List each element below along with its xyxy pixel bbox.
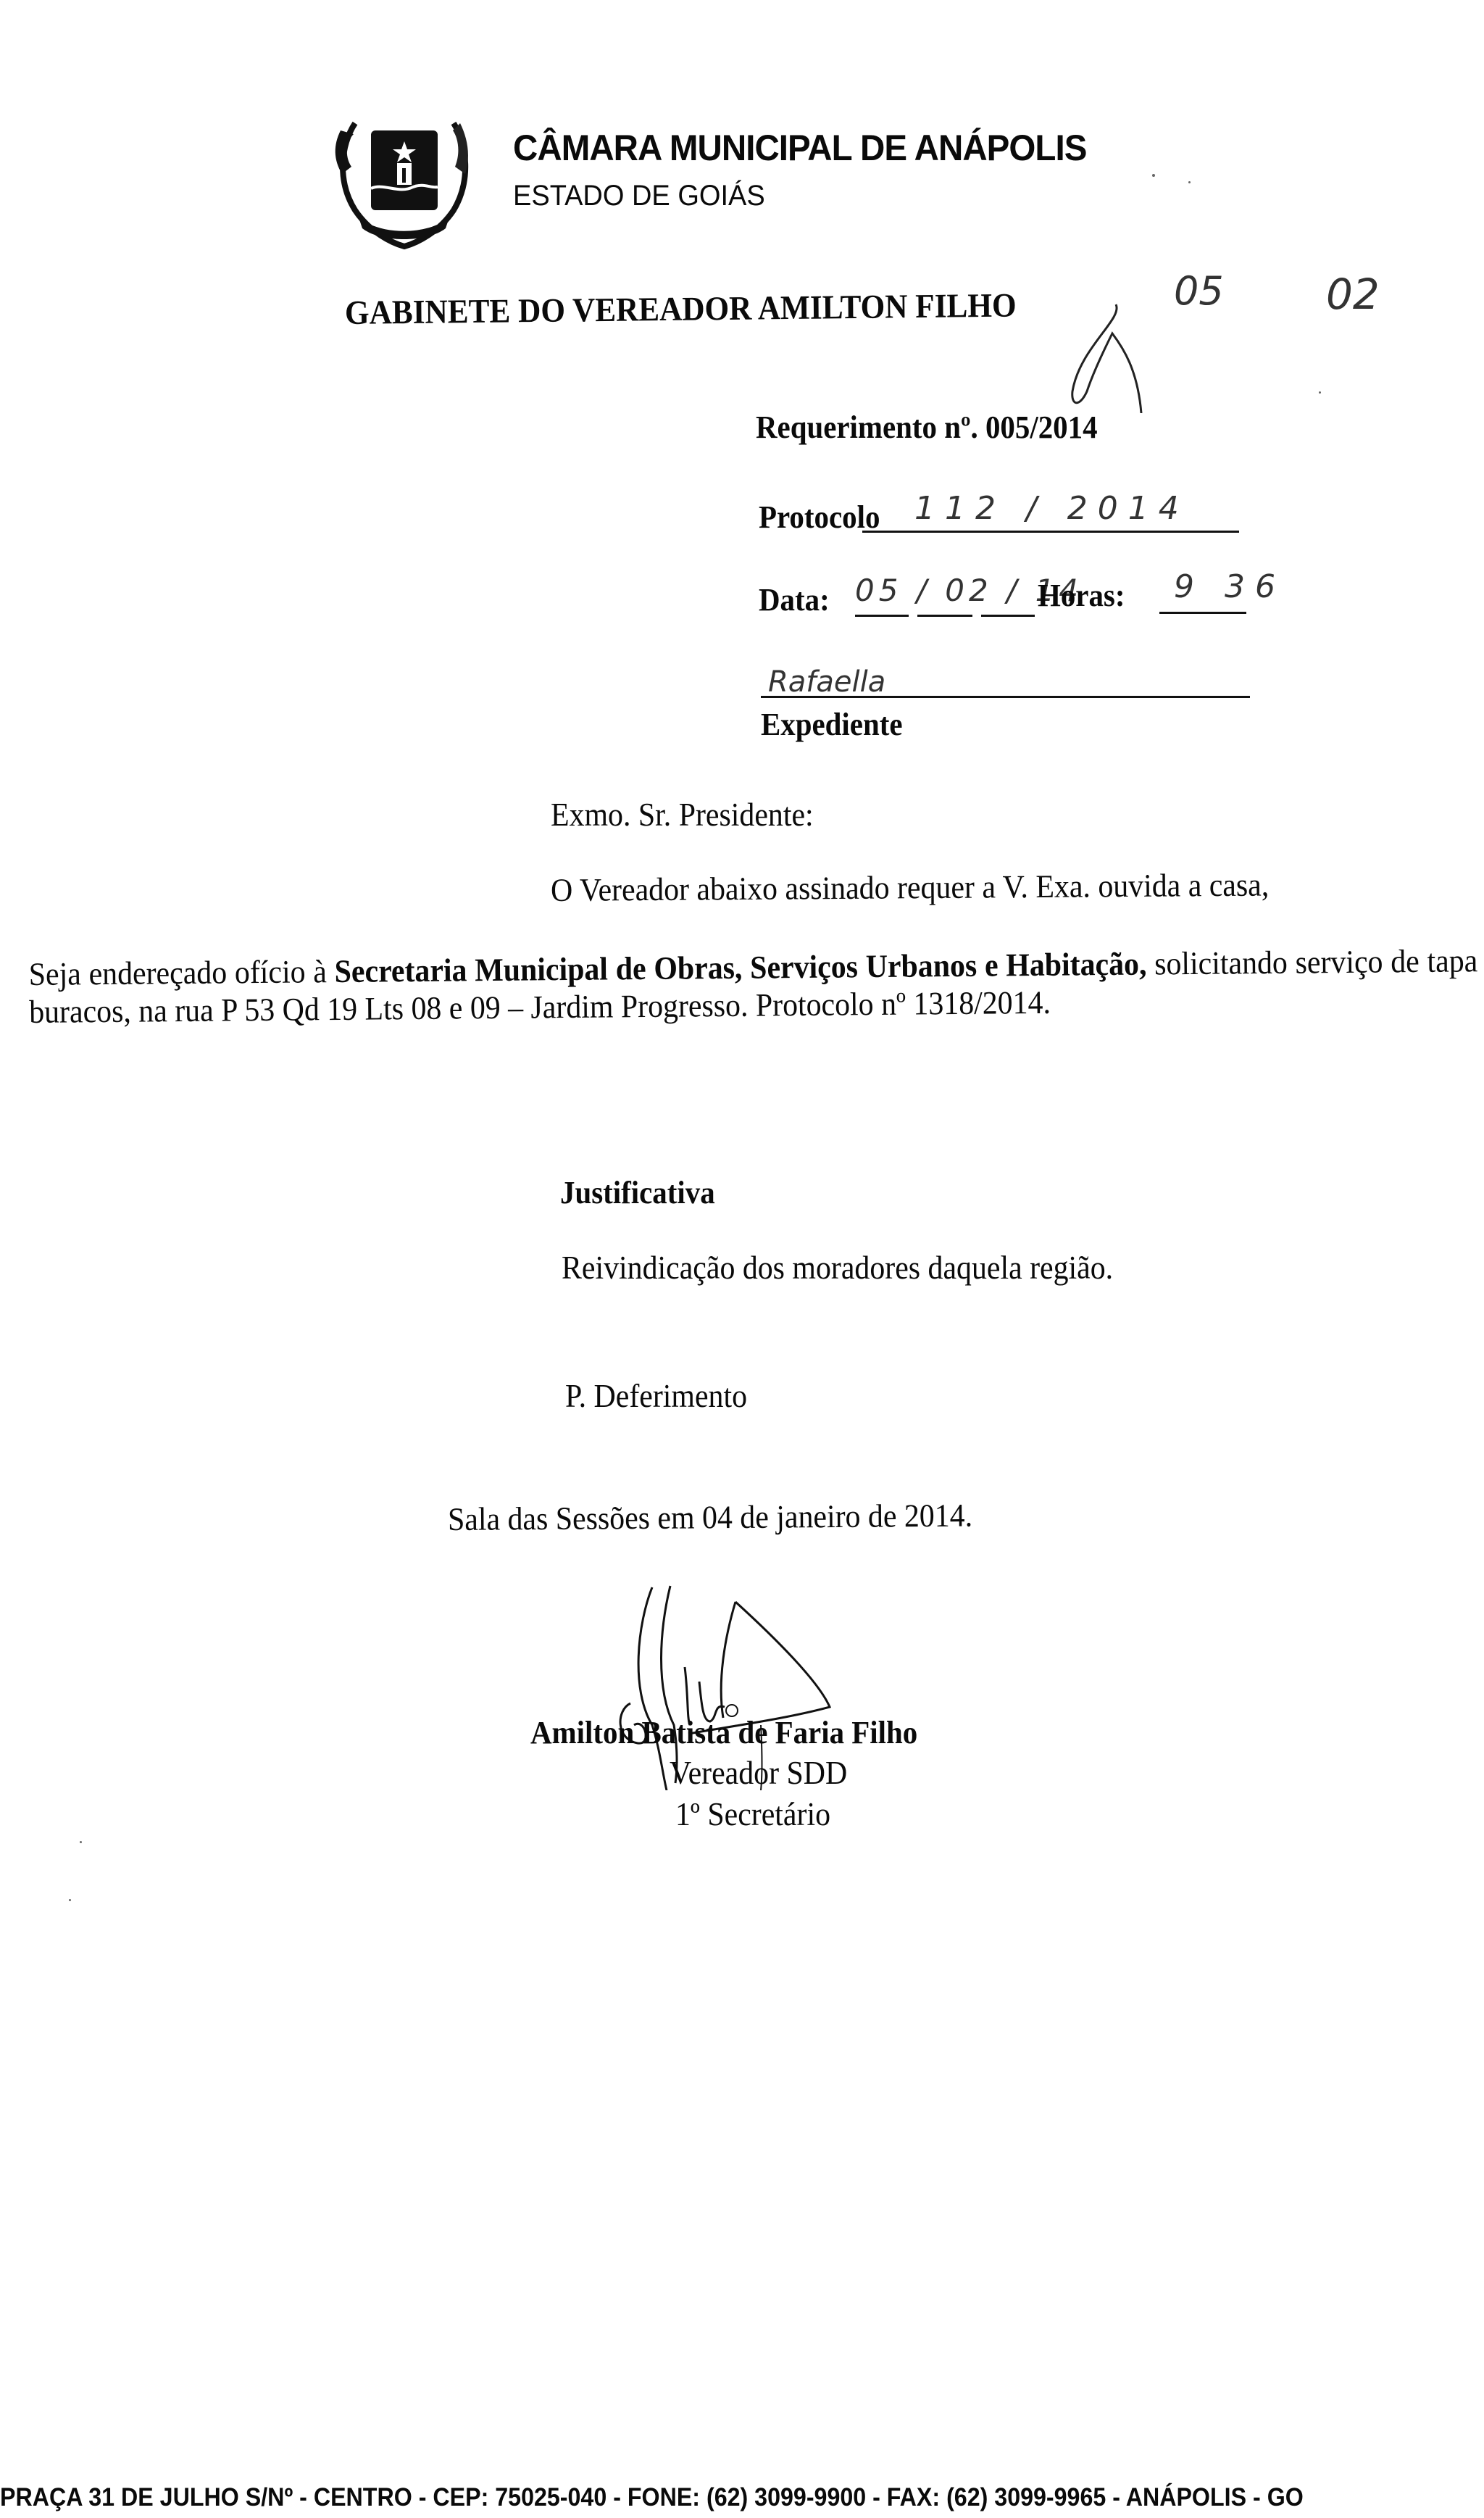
hours-underline xyxy=(1159,612,1246,614)
receiver-signature: Rafaella xyxy=(768,665,885,699)
request-paragraph: Seja endereçado ofício à Secretaria Muni… xyxy=(29,942,1478,1031)
deferment: P. Deferimento xyxy=(565,1377,747,1415)
footer-address: PRAÇA 31 DE JULHO S/Nº - CENTRO - CEP: 7… xyxy=(0,2483,1304,2512)
margin-mark-page: 05 xyxy=(1174,268,1224,314)
date-day-underline xyxy=(855,615,909,617)
justification-text: Reivindicação dos moradores daquela regi… xyxy=(562,1249,1113,1287)
organization-name: CÂMARA MUNICIPAL DE ANÁPOLIS xyxy=(513,127,1086,169)
expediente-label: Expediente xyxy=(761,706,903,743)
scan-speck xyxy=(1319,391,1321,394)
receiver-signature-line xyxy=(761,696,1250,698)
hours-value: 9 36 xyxy=(1174,568,1285,605)
requirement-number: Requerimento nº. 005/2014 xyxy=(756,409,1098,446)
handwritten-initial-mark xyxy=(1058,290,1174,413)
date-label: Data: xyxy=(759,581,830,618)
date-year-underline xyxy=(981,615,1035,617)
signatory-name: Amilton Batista de Faria Filho xyxy=(530,1714,917,1751)
protocol-value: 112 / 2014 xyxy=(914,490,1189,527)
hours-label: Horas: xyxy=(1038,577,1125,614)
signatory-role: Vereador SDD xyxy=(670,1754,847,1792)
organization-state: ESTADO DE GOIÁS xyxy=(513,180,765,212)
signatory-title: 1º Secretário xyxy=(675,1795,830,1833)
cabinet-heading: GABINETE DO VEREADOR AMILTON FILHO xyxy=(345,286,1017,333)
coat-of-arms-logo xyxy=(326,101,482,254)
request-recipient: Secretaria Municipal de Obras, Serviços … xyxy=(334,946,1146,990)
request-prefix: Seja endereçado ofício à xyxy=(29,953,335,992)
scan-speck xyxy=(1188,181,1191,183)
scan-speck xyxy=(80,1841,82,1843)
greeting: Exmo. Sr. Presidente: xyxy=(551,796,814,834)
protocol-underline xyxy=(862,531,1239,533)
intro-line: O Vereador abaixo assinado requer a V. E… xyxy=(551,866,1270,909)
closing-date-line: Sala das Sessões em 04 de janeiro de 201… xyxy=(448,1497,972,1538)
justification-title: Justificativa xyxy=(560,1174,715,1211)
margin-mark-sheet: 02 xyxy=(1326,270,1380,319)
scan-speck xyxy=(1152,174,1155,177)
scan-speck xyxy=(69,1899,71,1901)
date-month-underline xyxy=(917,615,972,617)
